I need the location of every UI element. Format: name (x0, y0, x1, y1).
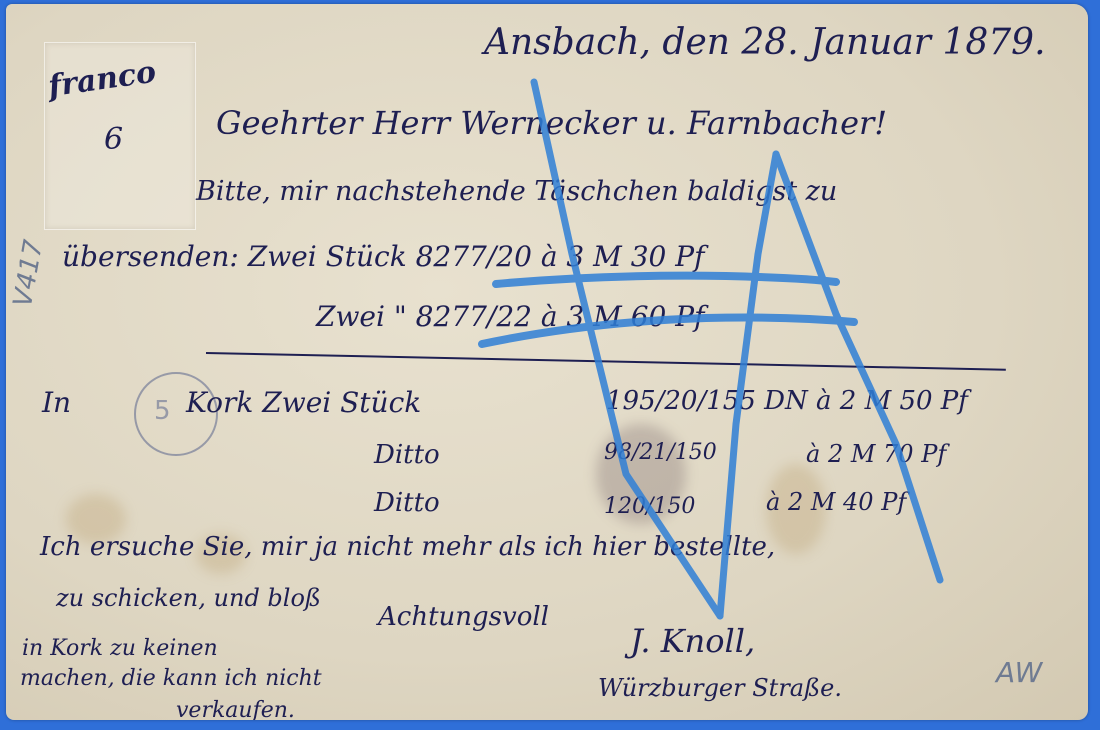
postcard: franco 6 V417 5 Ansbach, den 28. Januar … (6, 4, 1088, 720)
crayon-stroke-left (534, 82, 720, 616)
crayon-crossbar-1 (496, 276, 836, 284)
crayon-stroke-right (776, 154, 940, 580)
blue-crayon-marks (6, 4, 1088, 720)
crayon-crossbar-2 (482, 318, 854, 345)
crayon-stroke-middle (720, 154, 776, 616)
